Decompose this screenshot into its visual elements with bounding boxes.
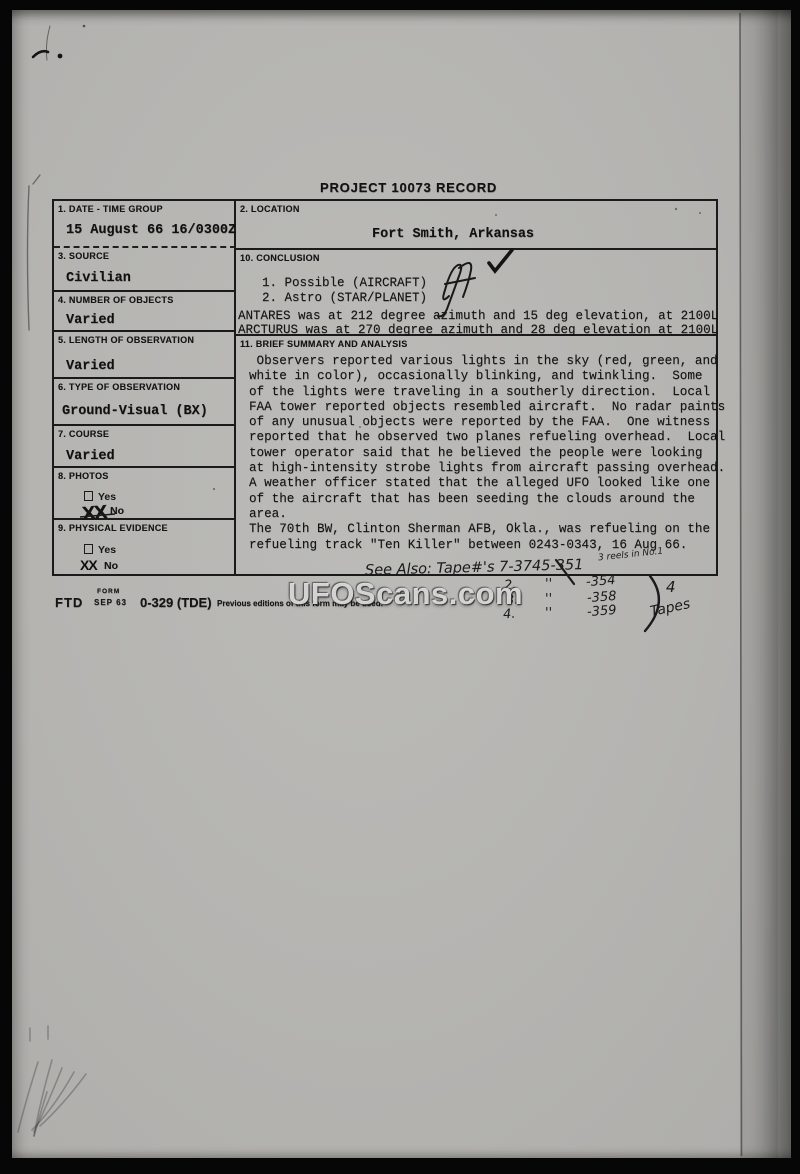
handwritten-tape-2-ditto: '': [545, 577, 552, 592]
physical-evidence-yes-label: Yes: [98, 544, 116, 556]
handwritten-tape-3-ditto: '': [545, 592, 552, 607]
handwritten-tape-4-value: -359: [587, 603, 617, 620]
number-of-objects-value: Varied: [66, 313, 115, 328]
field-location: 2. LOCATION Fort Smith, Arkansas: [236, 201, 716, 250]
course-value: Varied: [66, 449, 115, 464]
record-form-table: 1. DATE - TIME GROUP 15 August 66 16/030…: [52, 199, 718, 576]
summary-text: Observers reported various lights in the…: [249, 354, 725, 553]
photos-label: 8. PHOTOS: [58, 471, 109, 481]
watermark: UFOScans.com: [288, 576, 523, 612]
field-date-time-group: 1. DATE - TIME GROUP 15 August 66 16/030…: [54, 201, 236, 248]
physical-evidence-yes-checkbox: [84, 544, 93, 554]
number-of-objects-label: 4. NUMBER OF OBJECTS: [58, 295, 174, 305]
field-brief-summary: 11. BRIEF SUMMARY AND ANALYSIS Observers…: [236, 336, 716, 574]
type-of-observation-label: 6. TYPE OF OBSERVATION: [58, 382, 180, 392]
source-value: Civilian: [66, 271, 131, 286]
location-value: Fort Smith, Arkansas: [372, 227, 534, 242]
location-label: 2. LOCATION: [240, 204, 300, 214]
field-number-of-objects: 4. NUMBER OF OBJECTS Varied: [54, 292, 236, 332]
field-source: 3. SOURCE Civilian: [54, 248, 236, 292]
physical-evidence-no-label: No: [104, 560, 118, 572]
physical-evidence-yes-row: Yes: [84, 544, 116, 556]
handwritten-tapes-count: 4: [666, 578, 676, 596]
scanned-document-page: { "page": { "title": "PROJECT 10073 RECO…: [0, 0, 800, 1174]
field-photos: 8. PHOTOS Yes No XX: [54, 468, 236, 520]
footer-form-number: 0-329 (TDE): [140, 595, 212, 610]
page-title: PROJECT 10073 RECORD: [320, 180, 497, 195]
summary-label: 11. BRIEF SUMMARY AND ANALYSIS: [240, 339, 408, 349]
type-of-observation-value: Ground-Visual (BX): [62, 404, 208, 419]
field-length-of-observation: 5. LENGTH OF OBSERVATION Varied: [54, 332, 236, 379]
date-time-group-label: 1. DATE - TIME GROUP: [58, 204, 163, 214]
conclusion-item-2: 2. Astro (STAR/PLANET): [262, 291, 427, 305]
field-course: 7. COURSE Varied: [54, 426, 236, 468]
field-conclusion: 10. CONCLUSION 1. Possible (AIRCRAFT) 2.…: [236, 250, 716, 336]
source-label: 3. SOURCE: [58, 251, 109, 261]
physical-evidence-label: 9. PHYSICAL EVIDENCE: [58, 523, 168, 533]
handwritten-tape-4-ditto: '': [545, 606, 552, 621]
conclusion-label: 10. CONCLUSION: [240, 253, 320, 263]
field-type-of-observation: 6. TYPE OF OBSERVATION Ground-Visual (BX…: [54, 379, 236, 426]
footer-sep-date: SEP 63: [94, 598, 127, 607]
photos-yes-row: Yes: [84, 491, 116, 503]
date-time-group-value: 15 August 66 16/0300Z: [66, 223, 236, 238]
handwritten-tape-2-value: -354: [586, 573, 616, 590]
length-of-observation-label: 5. LENGTH OF OBSERVATION: [58, 335, 194, 345]
photos-yes-label: Yes: [98, 491, 116, 503]
footer-ftd: FTD: [55, 595, 83, 610]
conclusion-note-2: ARCTURUS was at 270 degree azimuth and 2…: [238, 323, 718, 337]
footer-form-word: FORM: [97, 588, 120, 595]
physical-evidence-no-mark: XX: [80, 557, 97, 573]
course-label: 7. COURSE: [58, 429, 109, 439]
conclusion-note-1: ANTARES was at 212 degree azimuth and 15…: [238, 309, 718, 323]
conclusion-item-1: 1. Possible (AIRCRAFT): [262, 276, 427, 290]
photos-yes-checkbox: [84, 491, 93, 501]
paper-fold-shading: [740, 10, 778, 1158]
length-of-observation-value: Varied: [66, 359, 115, 374]
photos-no-label: No: [110, 505, 124, 517]
field-physical-evidence: 9. PHYSICAL EVIDENCE Yes XX No: [54, 520, 236, 574]
